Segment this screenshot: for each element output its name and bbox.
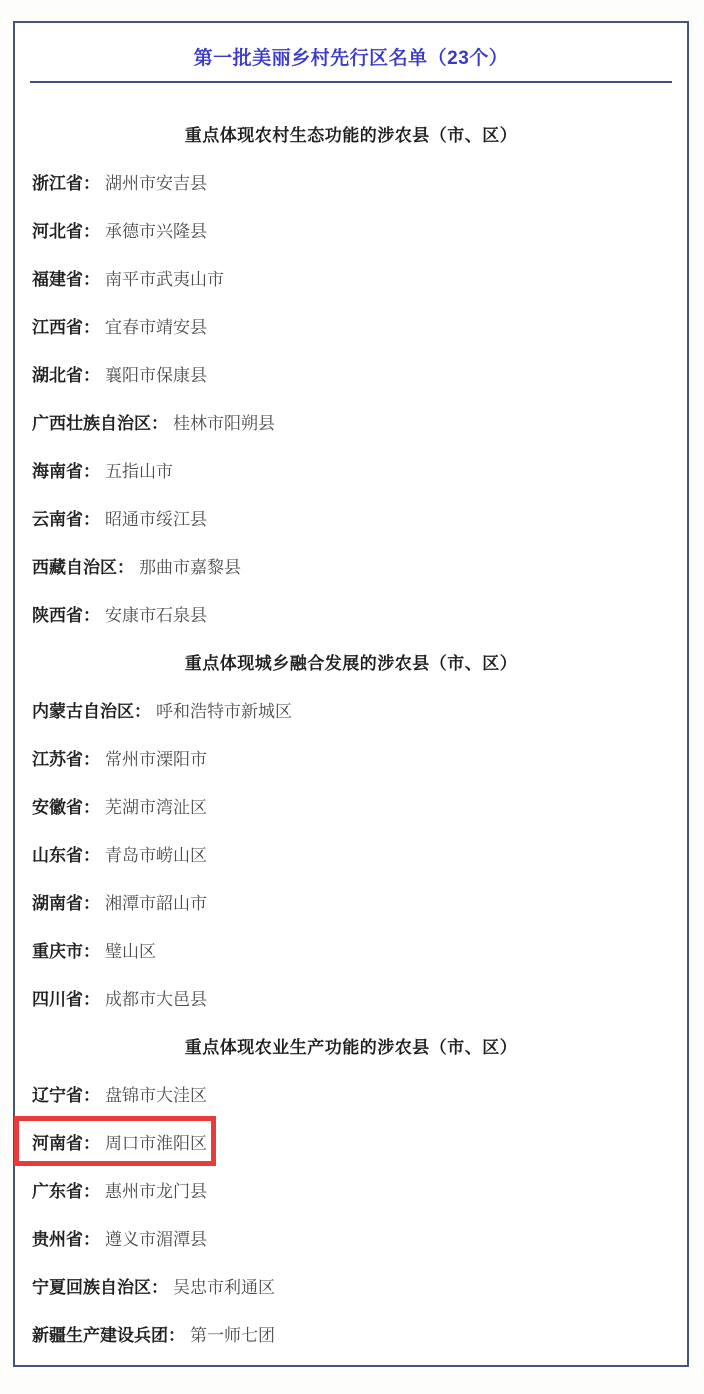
list-item: 安徽省：芜湖市湾沚区	[15, 781, 687, 829]
list-item: 江苏省：常州市溧阳市	[15, 733, 687, 781]
region-value: 昭通市绥江县	[105, 505, 207, 530]
province-label: 山东省：	[32, 841, 100, 866]
province-label: 海南省：	[32, 457, 100, 482]
province-label: 四川省：	[32, 985, 100, 1010]
region-value: 周口市淮阳区	[105, 1129, 207, 1154]
province-label: 辽宁省：	[32, 1081, 100, 1106]
region-value: 桂林市阳朔县	[173, 409, 275, 434]
region-value: 湖州市安吉县	[105, 169, 207, 194]
region-value: 宜春市靖安县	[105, 313, 207, 338]
list-content: 重点体现农村生态功能的涉农县（市、区）浙江省：湖州市安吉县河北省：承德市兴隆县福…	[15, 83, 687, 1357]
province-label: 云南省：	[32, 505, 100, 530]
province-label: 内蒙古自治区：	[32, 697, 151, 722]
region-value: 成都市大邑县	[105, 985, 207, 1010]
list-item: 福建省：南平市武夷山市	[15, 253, 687, 301]
region-value: 遵义市湄潭县	[105, 1225, 207, 1250]
list-item: 河北省：承德市兴隆县	[15, 205, 687, 253]
province-label: 湖南省：	[32, 889, 100, 914]
list-item: 广西壮族自治区：桂林市阳朔县	[15, 397, 687, 445]
list-item: 湖北省：襄阳市保康县	[15, 349, 687, 397]
province-label: 湖北省：	[32, 361, 100, 386]
province-label: 新疆生产建设兵团：	[32, 1321, 185, 1346]
province-label: 浙江省：	[32, 169, 100, 194]
region-value: 南平市武夷山市	[105, 265, 224, 290]
list-item: 辽宁省：盘锦市大洼区	[15, 1069, 687, 1117]
region-value: 璧山区	[105, 937, 156, 962]
list-item: 浙江省：湖州市安吉县	[15, 157, 687, 205]
section-header: 重点体现城乡融合发展的涉农县（市、区）	[15, 637, 687, 685]
region-value: 常州市溧阳市	[105, 745, 207, 770]
region-value: 承德市兴隆县	[105, 217, 207, 242]
region-value: 惠州市龙门县	[105, 1177, 207, 1202]
list-item: 广东省：惠州市龙门县	[15, 1165, 687, 1213]
region-value: 青岛市崂山区	[105, 841, 207, 866]
region-value: 第一师七团	[190, 1321, 275, 1346]
region-value: 盘锦市大洼区	[105, 1081, 207, 1106]
region-value: 那曲市嘉黎县	[139, 553, 241, 578]
region-value: 湘潭市韶山市	[105, 889, 207, 914]
province-label: 广西壮族自治区：	[32, 409, 168, 434]
list-item: 新疆生产建设兵团：第一师七团	[15, 1309, 687, 1357]
province-label: 贵州省：	[32, 1225, 100, 1250]
list-item: 陕西省：安康市石泉县	[15, 589, 687, 637]
list-item: 重庆市：璧山区	[15, 925, 687, 973]
section-header: 重点体现农村生态功能的涉农县（市、区）	[15, 109, 687, 157]
list-item: 云南省：昭通市绥江县	[15, 493, 687, 541]
province-label: 宁夏回族自治区：	[32, 1273, 168, 1298]
province-label: 陕西省：	[32, 601, 100, 626]
page-title: 第一批美丽乡村先行区名单（23个）	[194, 43, 509, 70]
list-item: 西藏自治区：那曲市嘉黎县	[15, 541, 687, 589]
province-label: 西藏自治区：	[32, 553, 134, 578]
list-item: 四川省：成都市大邑县	[15, 973, 687, 1021]
province-label: 江苏省：	[32, 745, 100, 770]
list-item: 海南省：五指山市	[15, 445, 687, 493]
list-item: 江西省：宜春市靖安县	[15, 301, 687, 349]
province-label: 广东省：	[32, 1177, 100, 1202]
province-label: 江西省：	[32, 313, 100, 338]
document-frame: 第一批美丽乡村先行区名单（23个） 重点体现农村生态功能的涉农县（市、区）浙江省…	[13, 21, 689, 1367]
list-item: 湖南省：湘潭市韶山市	[15, 877, 687, 925]
list-item: 山东省：青岛市崂山区	[15, 829, 687, 877]
province-label: 福建省：	[32, 265, 100, 290]
province-label: 重庆市：	[32, 937, 100, 962]
section-header: 重点体现农业生产功能的涉农县（市、区）	[15, 1021, 687, 1069]
province-label: 河北省：	[32, 217, 100, 242]
province-label: 河南省：	[32, 1129, 100, 1154]
list-item: 贵州省：遵义市湄潭县	[15, 1213, 687, 1261]
region-value: 五指山市	[105, 457, 173, 482]
page: 第一批美丽乡村先行区名单（23个） 重点体现农村生态功能的涉农县（市、区）浙江省…	[0, 0, 704, 1394]
region-value: 襄阳市保康县	[105, 361, 207, 386]
list-item: 宁夏回族自治区：吴忠市利通区	[15, 1261, 687, 1309]
title-row: 第一批美丽乡村先行区名单（23个）	[15, 23, 687, 81]
province-label: 安徽省：	[32, 793, 100, 818]
region-value: 安康市石泉县	[105, 601, 207, 626]
list-item: 河南省：周口市淮阳区	[15, 1117, 687, 1165]
region-value: 吴忠市利通区	[173, 1273, 275, 1298]
region-value: 呼和浩特市新城区	[156, 697, 292, 722]
list-item: 内蒙古自治区：呼和浩特市新城区	[15, 685, 687, 733]
region-value: 芜湖市湾沚区	[105, 793, 207, 818]
